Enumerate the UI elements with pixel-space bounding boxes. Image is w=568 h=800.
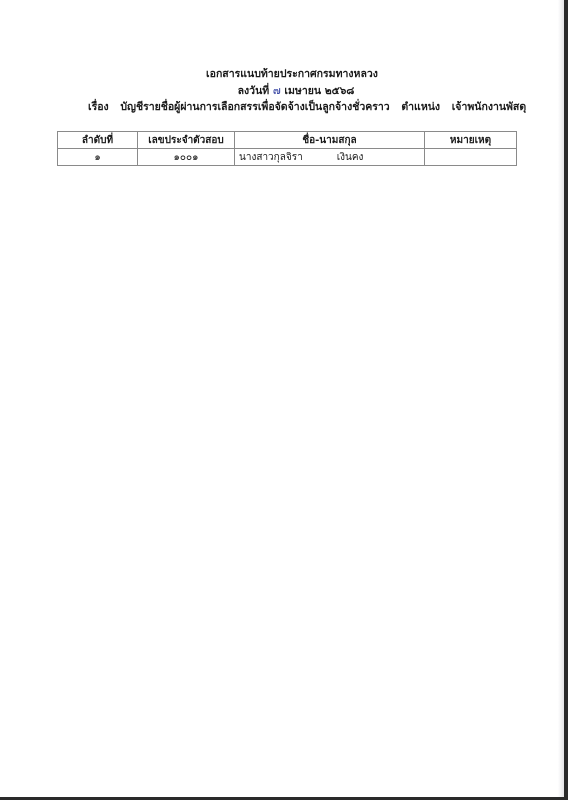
cell-full-name: นางสาวกุลจิราเงินคง <box>235 149 425 166</box>
subject-label: เรื่อง <box>88 101 109 113</box>
table-row: ๑ ๑๐๐๑ นางสาวกุลจิราเงินคง <box>58 149 517 166</box>
name-first: นางสาวกุลจิรา <box>239 152 303 163</box>
cell-remark <box>425 149 517 166</box>
scan-edge-right <box>564 0 568 800</box>
document-subject: เรื่อง บัญชีรายชื่อผู้ผ่านการเลือกสรรเพื… <box>88 98 526 115</box>
name-last: เงินคง <box>337 150 364 165</box>
position-label: ตำแหน่ง <box>401 101 440 113</box>
date-prefix: ลงวันที่ <box>238 85 270 97</box>
header-full-name: ชื่อ-นามสกุล <box>235 132 425 149</box>
header-remark: หมายเหตุ <box>425 132 517 149</box>
date-month-year: เมษายน ๒๕๖๘ <box>284 85 354 97</box>
cell-exam-id: ๑๐๐๑ <box>138 149 235 166</box>
table-header-row: ลำดับที่ เลขประจำตัวสอบ ชื่อ-นามสกุล หมา… <box>58 132 517 149</box>
document-date: ลงวันที่ ๗ เมษายน ๒๕๖๘ <box>12 82 568 99</box>
header-order: ลำดับที่ <box>58 132 138 149</box>
document-title: เอกสารแนบท้ายประกาศกรมทางหลวง <box>8 65 568 82</box>
position-text: เจ้าพนักงานพัสดุ <box>452 101 526 113</box>
date-day: ๗ <box>273 85 281 97</box>
passed-candidates-table: ลำดับที่ เลขประจำตัวสอบ ชื่อ-นามสกุล หมา… <box>57 131 517 166</box>
header-exam-id: เลขประจำตัวสอบ <box>138 132 235 149</box>
cell-order: ๑ <box>58 149 138 166</box>
subject-text: บัญชีรายชื่อผู้ผ่านการเลือกสรรเพื่อจัดจ้… <box>120 101 389 113</box>
